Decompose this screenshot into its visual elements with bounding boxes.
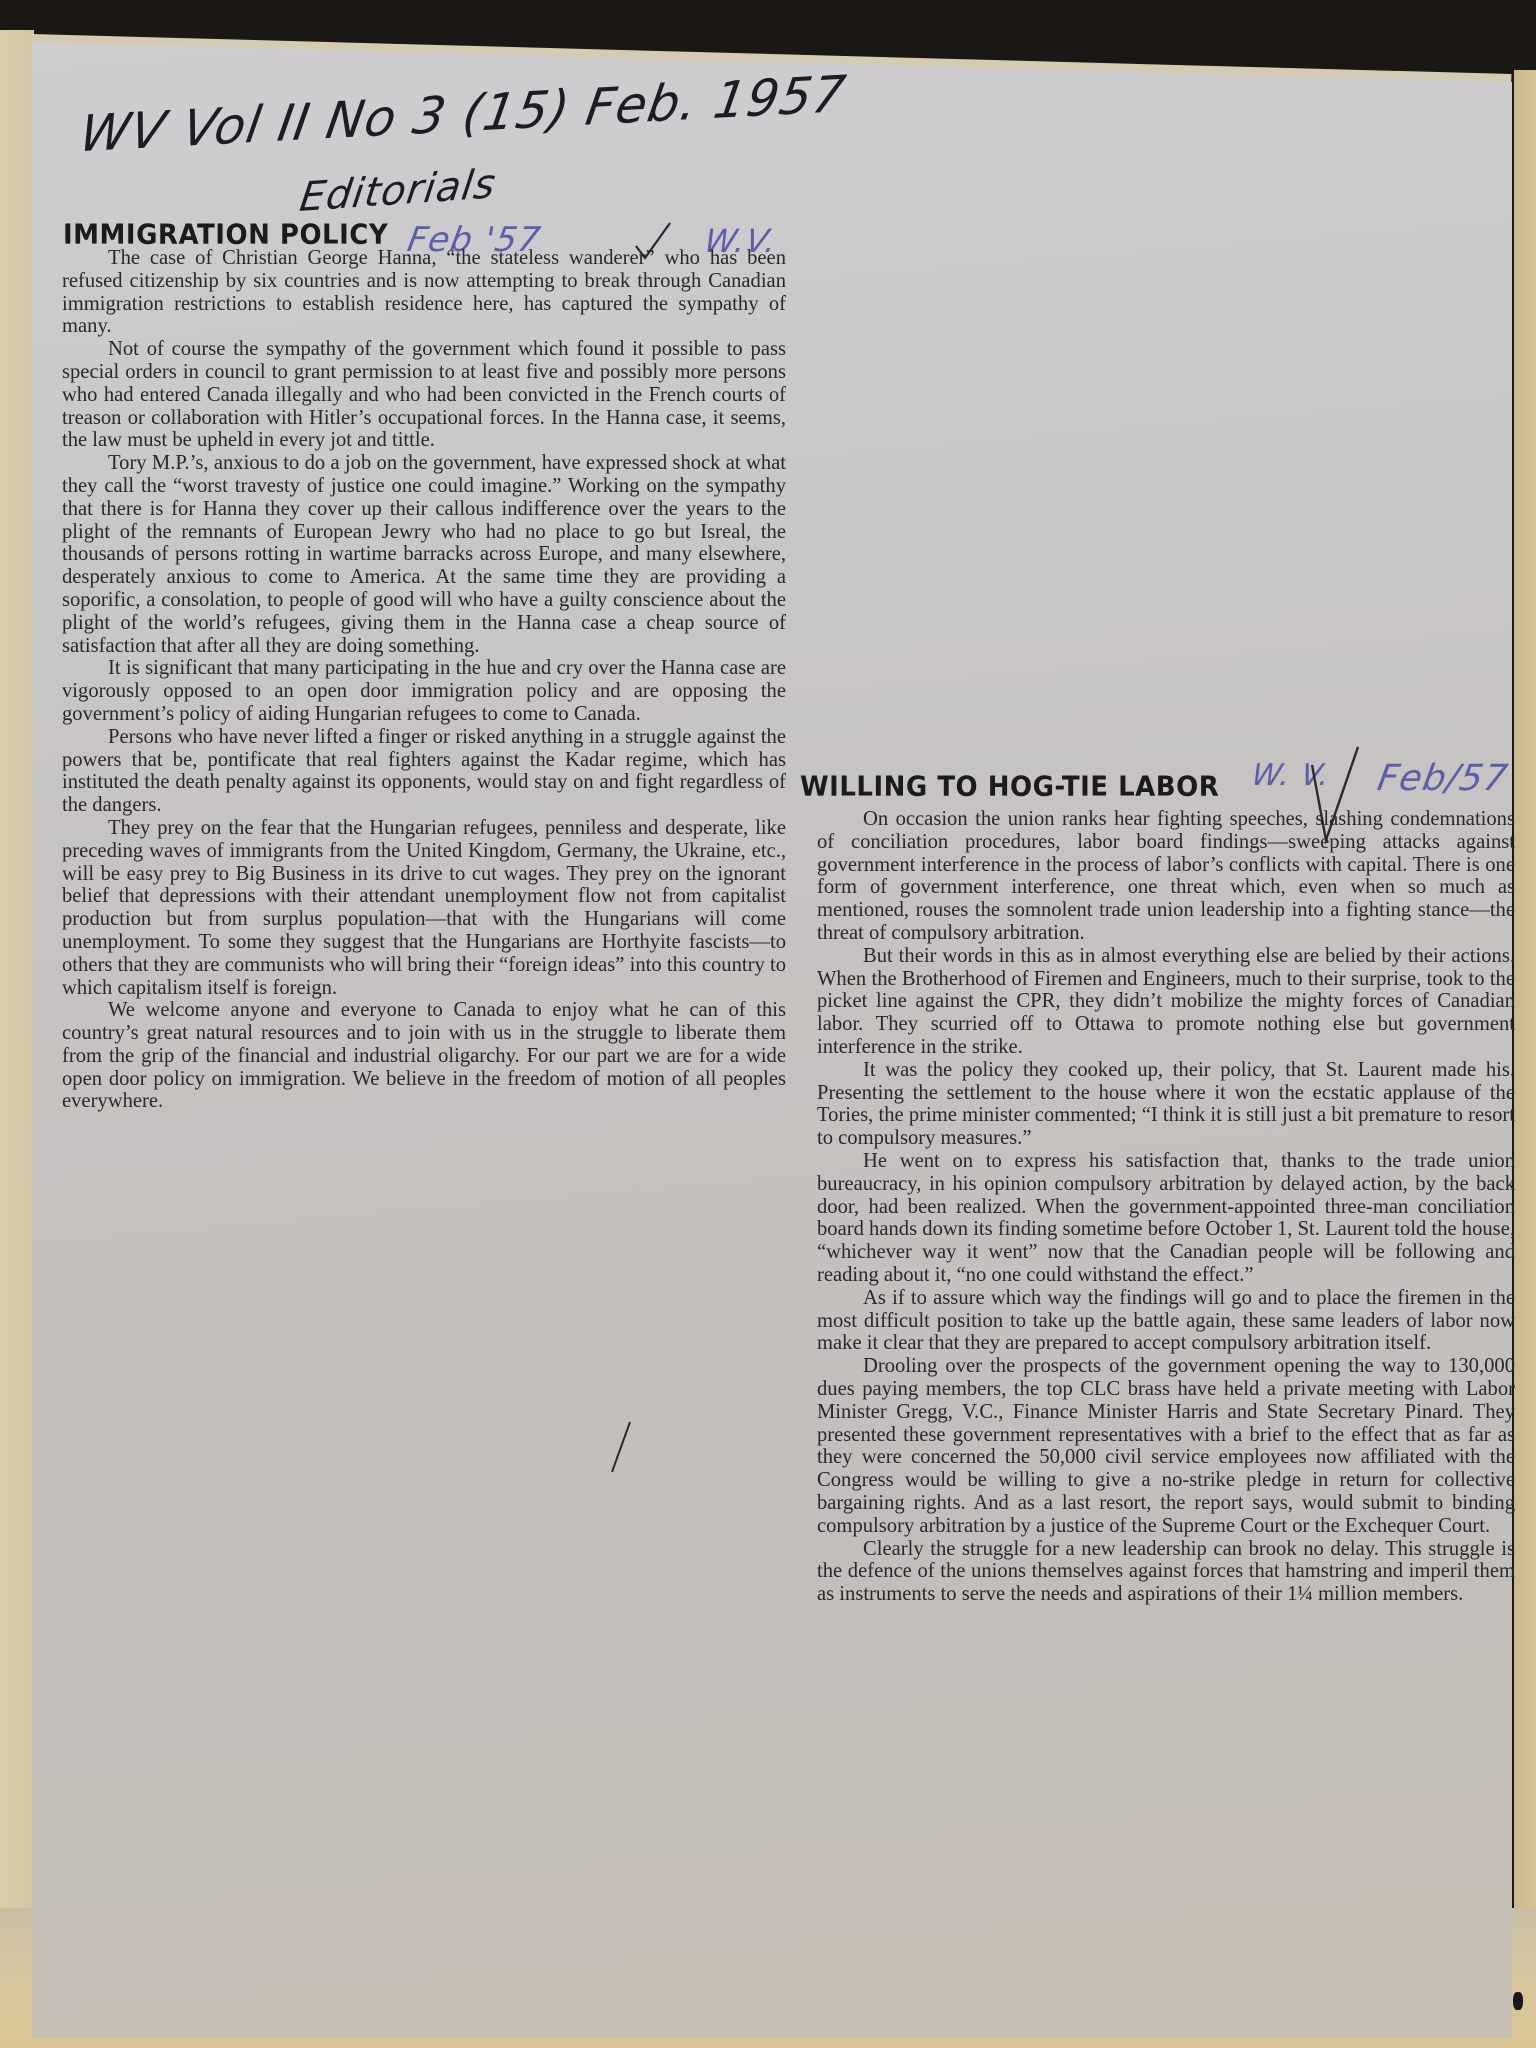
article-immigration-policy: The case of Christian George Hanna, “the… — [62, 247, 786, 1113]
article-paragraph: Not of course the sympathy of the govern… — [62, 338, 786, 452]
article-paragraph: Drooling over the prospects of the gover… — [817, 1355, 1515, 1537]
article-paragraph: They prey on the fear that the Hungarian… — [62, 817, 786, 999]
article-paragraph: He went on to express his satisfaction t… — [817, 1150, 1515, 1287]
handwritten-date-article2: Feb/57 — [1374, 758, 1511, 799]
article-paragraph: On occasion the union ranks hear fightin… — [817, 808, 1515, 945]
article-paragraph: The case of Christian George Hanna, “the… — [62, 247, 786, 338]
article-paragraph: We welcome anyone and everyone to Canada… — [62, 999, 786, 1113]
scanner-bed-right — [1514, 70, 1536, 2048]
article-paragraph: It was the policy they cooked up, their … — [817, 1059, 1515, 1150]
article-paragraph: Clearly the struggle for a new leadershi… — [817, 1538, 1515, 1606]
article-paragraph: Tory M.P.’s, anxious to do a job on the … — [62, 452, 786, 657]
article-paragraph: As if to assure which way the findings w… — [817, 1287, 1515, 1355]
page-clip-mark — [1513, 1992, 1523, 2010]
article-paragraph: It is significant that many participatin… — [62, 657, 786, 725]
scanner-bed-left — [0, 30, 34, 2048]
insertion-mark-icon — [600, 1420, 640, 1475]
article-paragraph: Persons who have never lifted a finger o… — [62, 726, 786, 817]
headline-willing-to-hog-tie-labor: WILLING TO HOG-TIE LABOR — [800, 771, 1219, 803]
article-paragraph: But their words in this as in almost eve… — [817, 945, 1515, 1059]
article-willing-to-hog-tie-labor: On occasion the union ranks hear fightin… — [817, 808, 1515, 1606]
